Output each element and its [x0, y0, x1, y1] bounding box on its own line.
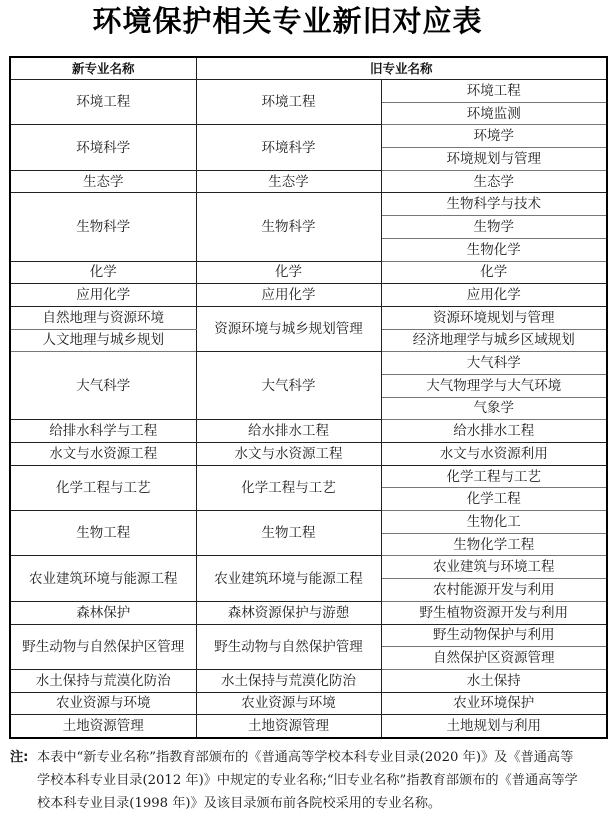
table-row: 大气科学 大气科学 大气科学 [10, 352, 607, 375]
old-major-cell: 生态学 [381, 170, 607, 193]
table-row: 水土保持与荒漠化防治 水土保持与荒漠化防治 水土保持 [10, 669, 607, 692]
old-major-cell: 大气物理学与大气环境 [381, 374, 607, 397]
old-major-group-cell: 生物科学 [196, 193, 381, 261]
table-row: 农业资源与环境 农业资源与环境 农业环境保护 [10, 692, 607, 715]
table-row: 给排水科学与工程 给水排水工程 给水排水工程 [10, 420, 607, 443]
old-major-group-cell: 大气科学 [196, 352, 381, 420]
new-major-cell: 应用化学 [10, 284, 196, 307]
old-major-cell: 大气科学 [381, 352, 607, 375]
new-major-cell: 生物科学 [10, 193, 196, 261]
old-major-group-cell: 化学 [196, 261, 381, 284]
old-major-group-cell: 森林资源保护与游憩 [196, 601, 381, 624]
old-major-group-cell: 给水排水工程 [196, 420, 381, 443]
new-major-cell: 环境工程 [10, 80, 196, 125]
old-major-cell: 环境工程 [381, 80, 607, 103]
table-row: 自然地理与资源环境 资源环境与城乡规划管理 资源环境规划与管理 [10, 306, 607, 329]
old-major-cell: 气象学 [381, 397, 607, 420]
new-major-cell: 农业资源与环境 [10, 692, 196, 715]
table-row: 环境科学 环境科学 环境学 [10, 125, 607, 148]
old-major-cell: 环境学 [381, 125, 607, 148]
major-mapping-table: 新专业名称 旧专业名称 环境工程 环境工程 环境工程 环境监测 环境科学 环境科… [9, 56, 608, 739]
old-major-group-cell: 应用化学 [196, 284, 381, 307]
new-major-cell: 水文与水资源工程 [10, 443, 196, 466]
new-major-cell: 化学工程与工艺 [10, 465, 196, 510]
old-major-group-cell: 水土保持与荒漠化防治 [196, 669, 381, 692]
old-major-cell: 经济地理学与城乡区域规划 [381, 329, 607, 352]
new-major-cell: 土地资源管理 [10, 715, 196, 738]
table-row: 化学工程与工艺 化学工程与工艺 化学工程与工艺 [10, 465, 607, 488]
new-major-cell: 化学 [10, 261, 196, 284]
page-title: 环境保护相关专业新旧对应表 [0, 2, 575, 40]
old-major-cell: 自然保护区资源管理 [381, 647, 607, 670]
new-major-cell: 农业建筑环境与能源工程 [10, 556, 196, 601]
table-row: 环境工程 环境工程 环境工程 [10, 80, 607, 103]
old-major-group-cell: 化学工程与工艺 [196, 465, 381, 510]
footnote-text: 本表中“新专业名称”指教育部颁布的《普通高等学校本科专业目录(2020 年)》及… [37, 746, 580, 815]
old-major-cell: 应用化学 [381, 284, 607, 307]
old-major-group-cell: 生态学 [196, 170, 381, 193]
footnote-label: 注: [10, 746, 28, 769]
header-old-major: 旧专业名称 [196, 57, 607, 80]
old-major-cell: 化学工程 [381, 488, 607, 511]
new-major-cell: 大气科学 [10, 352, 196, 420]
new-major-cell: 生物工程 [10, 511, 196, 556]
old-major-cell: 生物科学与技术 [381, 193, 607, 216]
old-major-group-cell: 农业资源与环境 [196, 692, 381, 715]
new-major-cell: 环境科学 [10, 125, 196, 170]
new-major-cell: 给排水科学与工程 [10, 420, 196, 443]
old-major-cell: 野生动物保护与利用 [381, 624, 607, 647]
old-major-cell: 生物化工 [381, 511, 607, 534]
table-row: 森林保护 森林资源保护与游憩 野生植物资源开发与利用 [10, 601, 607, 624]
table-row: 生物工程 生物工程 生物化工 [10, 511, 607, 534]
table-row: 生物科学 生物科学 生物科学与技术 [10, 193, 607, 216]
old-major-cell: 农业环境保护 [381, 692, 607, 715]
table-row: 化学 化学 化学 [10, 261, 607, 284]
old-major-cell: 农业建筑与环境工程 [381, 556, 607, 579]
old-major-cell: 环境监测 [381, 102, 607, 125]
header-new-major: 新专业名称 [10, 57, 196, 80]
new-major-cell: 生态学 [10, 170, 196, 193]
old-major-cell: 水文与水资源利用 [381, 443, 607, 466]
table-row: 水文与水资源工程 水文与水资源工程 水文与水资源利用 [10, 443, 607, 466]
old-major-group-cell: 环境工程 [196, 80, 381, 125]
old-major-cell: 野生植物资源开发与利用 [381, 601, 607, 624]
old-major-cell: 资源环境规划与管理 [381, 306, 607, 329]
old-major-cell: 生物化学 [381, 238, 607, 261]
table-header-row: 新专业名称 旧专业名称 [10, 57, 607, 80]
old-major-group-cell: 环境科学 [196, 125, 381, 170]
old-major-cell: 化学工程与工艺 [381, 465, 607, 488]
table-row: 野生动物与自然保护区管理 野生动物与自然保护管理 野生动物保护与利用 [10, 624, 607, 647]
old-major-group-cell: 土地资源管理 [196, 715, 381, 738]
old-major-group-cell: 资源环境与城乡规划管理 [196, 306, 381, 351]
table-row: 生态学 生态学 生态学 [10, 170, 607, 193]
new-major-cell: 野生动物与自然保护区管理 [10, 624, 196, 669]
old-major-cell: 土地规划与利用 [381, 715, 607, 738]
old-major-group-cell: 水文与水资源工程 [196, 443, 381, 466]
new-major-cell: 森林保护 [10, 601, 196, 624]
old-major-group-cell: 农业建筑环境与能源工程 [196, 556, 381, 601]
old-major-cell: 水土保持 [381, 669, 607, 692]
new-major-cell: 水土保持与荒漠化防治 [10, 669, 196, 692]
old-major-group-cell: 生物工程 [196, 511, 381, 556]
old-major-cell: 生物化学工程 [381, 533, 607, 556]
table-row: 土地资源管理 土地资源管理 土地规划与利用 [10, 715, 607, 738]
old-major-cell: 环境规划与管理 [381, 148, 607, 171]
old-major-cell: 生物学 [381, 216, 607, 239]
old-major-cell: 化学 [381, 261, 607, 284]
table-row: 农业建筑环境与能源工程 农业建筑环境与能源工程 农业建筑与环境工程 [10, 556, 607, 579]
old-major-group-cell: 野生动物与自然保护管理 [196, 624, 381, 669]
new-major-cell: 人文地理与城乡规划 [10, 329, 196, 352]
old-major-cell: 给水排水工程 [381, 420, 607, 443]
footnote: 注: 本表中“新专业名称”指教育部颁布的《普通高等学校本科专业目录(2020 年… [10, 746, 580, 815]
table-row: 应用化学 应用化学 应用化学 [10, 284, 607, 307]
old-major-cell: 农村能源开发与利用 [381, 579, 607, 602]
new-major-cell: 自然地理与资源环境 [10, 306, 196, 329]
